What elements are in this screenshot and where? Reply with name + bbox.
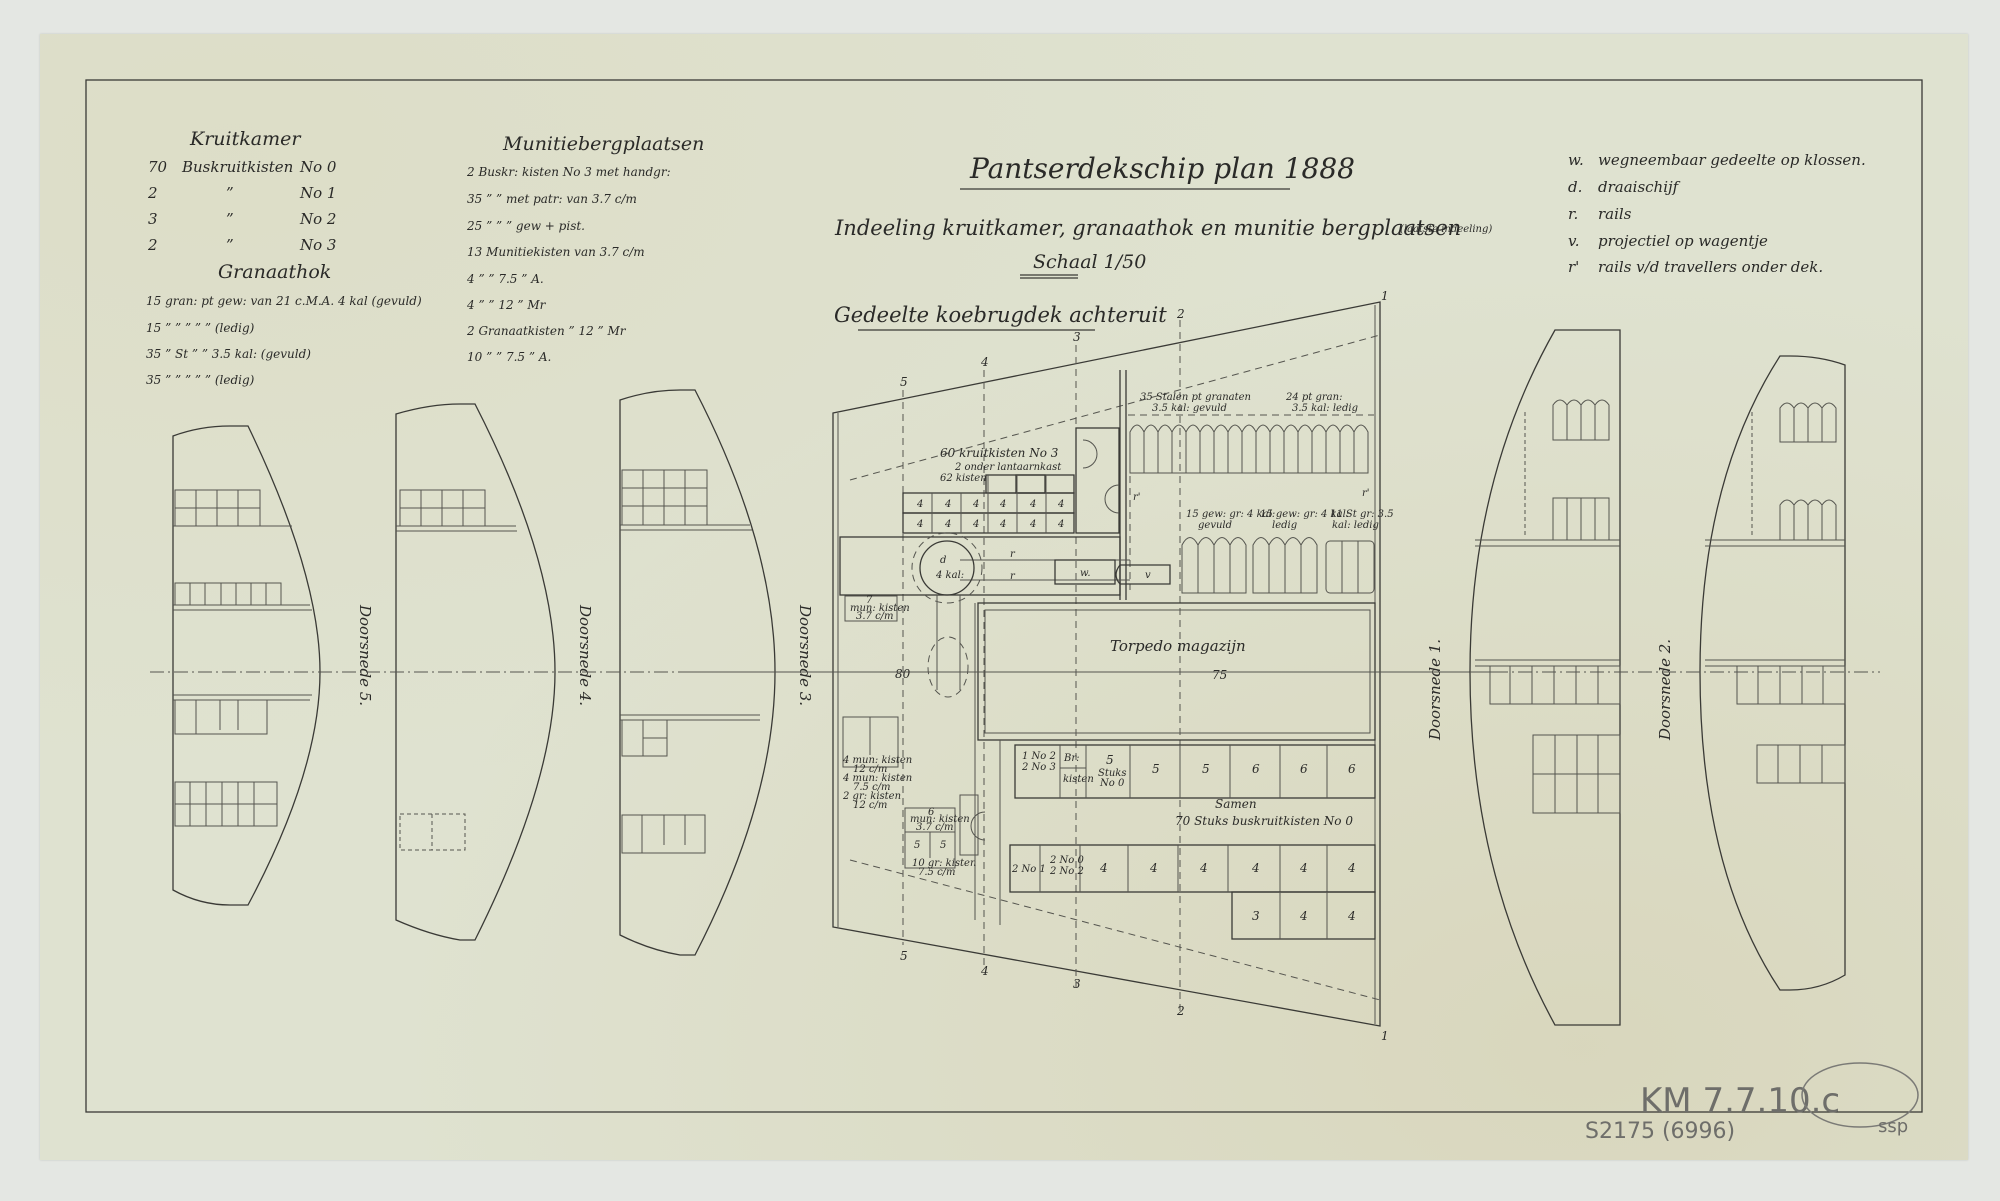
- legend-text: wegneembaar gedeelte op klossen.: [1598, 151, 1866, 169]
- crate-count: 4: [916, 519, 923, 530]
- row-spec: No 1: [299, 184, 336, 202]
- archive-initials: ssp: [1878, 1116, 1908, 1137]
- row-item: ”: [226, 184, 234, 202]
- crate-count: 4: [1299, 909, 1308, 923]
- crate-count: 4: [1251, 861, 1260, 875]
- crate-count: 4: [1029, 519, 1036, 530]
- subtitle: Indeeling kruitkamer, granaathok en muni…: [834, 216, 1461, 240]
- crate-count: 4: [944, 499, 951, 510]
- munitie-heading: Munitiebergplaatsen: [502, 133, 704, 155]
- crate-count: 5: [940, 840, 946, 851]
- kruitkamer-heading: Kruitkamer: [189, 128, 302, 150]
- crate-count: 4: [1057, 499, 1064, 510]
- section-2: Doorsnede 2.: [1656, 356, 1845, 990]
- scale-label: Schaal 1/50: [1033, 251, 1146, 273]
- label: kal: ledig: [1332, 520, 1379, 531]
- label: gevuld: [1198, 520, 1232, 531]
- section-label: Doorsnede 1.: [1426, 639, 1444, 741]
- crate-count: 4: [1099, 861, 1108, 875]
- label: 4 kal:: [935, 570, 964, 581]
- label: Samen: [1215, 797, 1257, 811]
- label: 3.7 c/m: [916, 822, 954, 833]
- crate-count: 4: [916, 499, 923, 510]
- label: 2 No 0: [1049, 855, 1084, 866]
- granaathok-table: Granaathok 15 gran: pt gew: van 21 c.M.A…: [146, 261, 422, 387]
- crate-count: 4: [999, 499, 1006, 510]
- munitiebergplaatsen-table: Munitiebergplaatsen 2 Buskr: kisten No 3…: [466, 133, 704, 364]
- row-item: Buskruitkisten: [181, 158, 293, 176]
- shell-rack-middle: [1182, 538, 1374, 594]
- crate-count: 3: [1252, 909, 1260, 923]
- row-text: 4 ” ” 7.5 ” A.: [466, 272, 544, 286]
- label: r': [1133, 492, 1141, 503]
- row-text: 2 Granaatkisten ” 12 ” Mr: [466, 324, 627, 338]
- crate-count: 4: [999, 519, 1006, 530]
- deck-plan-heading: Gedeelte koebrugdek achteruit: [834, 303, 1167, 327]
- label: 3.5 kal: ledig: [1292, 403, 1358, 414]
- turntable: [920, 541, 974, 595]
- label: 2 No 2: [1049, 866, 1084, 877]
- frame-mark: 3: [1073, 330, 1081, 344]
- row-text: 2 Buskr: kisten No 3 met handgr:: [466, 165, 671, 179]
- crate-count: 4: [1149, 861, 1158, 875]
- subtitle-note: (laatste indeeling): [1400, 224, 1492, 235]
- row-qty: 2: [147, 236, 158, 254]
- section-label: Doorsnede 2.: [1656, 639, 1674, 741]
- title-block: Pantserdekschip plan 1888 Indeeling krui…: [834, 152, 1492, 278]
- label: 11 St gr: 3.5: [1330, 509, 1394, 520]
- row-item: ”: [226, 210, 234, 228]
- inventory-number: S2175 (6996): [1585, 1119, 1735, 1144]
- frame-mark: 5: [900, 949, 908, 963]
- crate-count: 4: [1199, 861, 1208, 875]
- label: 24 pt gran:: [1285, 392, 1342, 403]
- row-text: 4 ” ” 12 ” Mr: [466, 298, 547, 312]
- label: 3.7 c/m: [856, 611, 894, 622]
- legend-key: w.: [1568, 151, 1584, 169]
- row-text: 13 Munitiekisten van 3.7 c/m: [467, 245, 645, 259]
- archive-marks: KM 7.7.10.c ssp S2175 (6996): [1585, 1063, 1918, 1144]
- section-label: Doorsnede 3.: [796, 604, 814, 706]
- crate-count: 4: [944, 519, 951, 530]
- frame-mark: 1: [1381, 289, 1389, 303]
- shell-rack-top: [1130, 425, 1368, 473]
- section-1: Doorsnede 1.: [1426, 330, 1620, 1025]
- dimension-label: 75: [1212, 668, 1227, 682]
- catalog-number: KM 7.7.10.c: [1640, 1081, 1840, 1121]
- crate-count: 5: [1152, 762, 1160, 776]
- section-label: Doorsnede 4.: [576, 604, 594, 706]
- label: 7.5 c/m: [918, 867, 956, 878]
- label: v: [1145, 570, 1151, 581]
- crate-count: 5: [1202, 762, 1210, 776]
- legend-text: rails: [1598, 205, 1632, 223]
- section-5: Doorsnede 5.: [173, 426, 374, 905]
- crate-count: 4: [972, 499, 979, 510]
- row-text: 15 ” ” ” ” ” (ledig): [146, 321, 255, 335]
- label: 62 kisten: [940, 473, 987, 484]
- crate-count: 6: [1348, 762, 1356, 776]
- row-spec: No 2: [299, 210, 336, 228]
- row-text: 35 ” St ” ” 3.5 kal: (gevuld): [146, 347, 311, 361]
- label: Torpedo magazijn: [1110, 637, 1246, 655]
- label: kisten: [1063, 774, 1094, 785]
- row-text: 35 ” ” met patr: van 3.7 c/m: [467, 192, 637, 206]
- row-spec: No 0: [299, 158, 337, 176]
- crate-count: 4: [1057, 519, 1064, 530]
- kruitkamer-table: Kruitkamer 70 Buskruitkisten No 0 2 ” No…: [147, 128, 337, 254]
- frame-mark: 2: [1176, 307, 1185, 321]
- crate-count: 5: [914, 840, 920, 851]
- crate-count: 4: [972, 519, 979, 530]
- crate-count: 4: [1029, 499, 1036, 510]
- label: 2 No 1: [1011, 864, 1046, 875]
- row-qty: 2: [147, 184, 158, 202]
- legend-key: d.: [1568, 178, 1582, 196]
- row-spec: No 3: [299, 236, 336, 254]
- crate-count: 4: [1299, 861, 1308, 875]
- label: 3.5 kal: gevuld: [1152, 403, 1227, 414]
- main-title: Pantserdekschip plan 1888: [969, 152, 1355, 185]
- granaathok-heading: Granaathok: [218, 261, 331, 283]
- frame-mark: 3: [1073, 977, 1081, 991]
- row-qty: 70: [148, 158, 168, 176]
- row-qty: 3: [148, 210, 158, 228]
- label: r: [1010, 549, 1016, 560]
- crate-count: 4: [1347, 909, 1356, 923]
- row-text: 10 ” ” 7.5 ” A.: [467, 350, 551, 364]
- label: d: [940, 555, 946, 566]
- row-text: 25 ” ” ” gew + pist.: [466, 219, 585, 233]
- row-text: 15 gran: pt gew: van 21 c.M.A. 4 kal (ge…: [146, 294, 422, 308]
- label: 2 onder lantaarnkast: [954, 462, 1062, 473]
- label: 35 Stalen pt granaten: [1140, 392, 1251, 403]
- legend-key: r.: [1568, 205, 1578, 223]
- crate-count: 4: [1347, 861, 1356, 875]
- label: 70 Stuks buskruitkisten No 0: [1175, 814, 1353, 828]
- label: 5: [1106, 753, 1114, 767]
- label: 60 kruitkisten No 3: [940, 446, 1059, 460]
- label: 12 c/m: [853, 800, 887, 811]
- technical-drawing: Kruitkamer 70 Buskruitkisten No 0 2 ” No…: [0, 0, 2000, 1201]
- legend-text: draaischijf: [1598, 178, 1681, 196]
- frame-mark: 2: [1176, 1004, 1185, 1018]
- label: ledig: [1272, 520, 1297, 531]
- legend-text: projectiel op wagentje: [1598, 232, 1768, 250]
- row-item: ”: [226, 236, 234, 254]
- label: 2 No 3: [1021, 762, 1056, 773]
- dimension-label: 80: [895, 667, 911, 681]
- legend: w. wegneembaar gedeelte op klossen. d. d…: [1568, 151, 1866, 276]
- legend-text: rails v/d travellers onder dek.: [1598, 258, 1823, 276]
- crate-count: 6: [1300, 762, 1308, 776]
- label: Br:: [1063, 753, 1080, 764]
- crate-count: 6: [1252, 762, 1260, 776]
- label: w.: [1080, 568, 1091, 579]
- frame-mark: 5: [900, 375, 908, 389]
- legend-key: r': [1568, 258, 1579, 276]
- label: No 0: [1099, 778, 1125, 789]
- frame-mark: 1: [1381, 1029, 1389, 1043]
- frame-mark: 4: [980, 355, 989, 369]
- section-label: Doorsnede 5.: [356, 604, 374, 706]
- label: 1 No 2: [1022, 751, 1056, 762]
- frame-mark: 4: [980, 964, 989, 978]
- row-text: 35 ” ” ” ” ” (ledig): [146, 373, 255, 387]
- label: r': [1362, 488, 1370, 499]
- legend-key: v.: [1568, 232, 1579, 250]
